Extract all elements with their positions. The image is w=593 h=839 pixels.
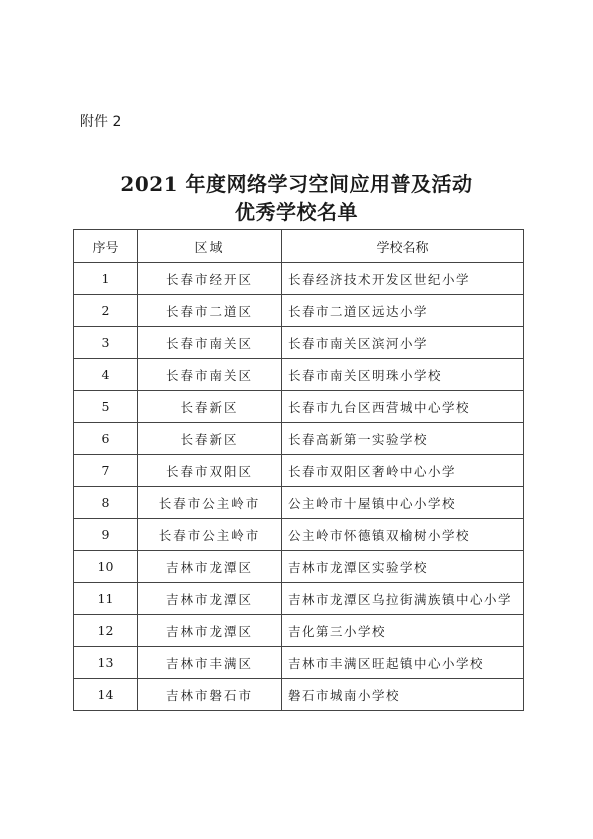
row-index: 6 xyxy=(74,423,138,455)
table-row: 13吉林市丰满区吉林市丰满区旺起镇中心小学校 xyxy=(74,647,524,679)
row-school-name: 公主岭市十屋镇中心小学校 xyxy=(282,487,524,519)
attachment-label: 附件 2 xyxy=(80,111,121,131)
row-index: 14 xyxy=(74,679,138,711)
row-school-name: 磐石市城南小学校 xyxy=(282,679,524,711)
table-row: 6长春新区长春高新第一实验学校 xyxy=(74,423,524,455)
row-school-name: 长春高新第一实验学校 xyxy=(282,423,524,455)
row-region: 长春市二道区 xyxy=(138,295,282,327)
table-header-row: 序号 区域 学校名称 xyxy=(74,230,524,263)
row-school-name: 吉林市丰满区旺起镇中心小学校 xyxy=(282,647,524,679)
table-row: 7长春市双阳区长春市双阳区奢岭中心小学 xyxy=(74,455,524,487)
row-region: 吉林市龙潭区 xyxy=(138,615,282,647)
table-row: 9长春市公主岭市公主岭市怀德镇双榆树小学校 xyxy=(74,519,524,551)
header-index: 序号 xyxy=(74,230,138,263)
row-region: 长春市公主岭市 xyxy=(138,519,282,551)
row-region: 吉林市龙潭区 xyxy=(138,551,282,583)
row-index: 12 xyxy=(74,615,138,647)
row-index: 13 xyxy=(74,647,138,679)
row-school-name: 长春市九台区西营城中心学校 xyxy=(282,391,524,423)
row-index: 5 xyxy=(74,391,138,423)
row-region: 长春新区 xyxy=(138,423,282,455)
row-index: 11 xyxy=(74,583,138,615)
document-title: 2021 年度网络学习空间应用普及活动 xyxy=(0,168,593,197)
row-school-name: 长春市南关区明珠小学校 xyxy=(282,359,524,391)
row-region: 长春市公主岭市 xyxy=(138,487,282,519)
table-row: 10吉林市龙潭区吉林市龙潭区实验学校 xyxy=(74,551,524,583)
school-list-table: 序号 区域 学校名称 1长春市经开区长春经济技术开发区世纪小学2长春市二道区长春… xyxy=(73,229,524,711)
row-school-name: 长春市双阳区奢岭中心小学 xyxy=(282,455,524,487)
table-row: 1长春市经开区长春经济技术开发区世纪小学 xyxy=(74,263,524,295)
row-school-name: 长春经济技术开发区世纪小学 xyxy=(282,263,524,295)
row-region: 长春市南关区 xyxy=(138,359,282,391)
row-region: 吉林市磐石市 xyxy=(138,679,282,711)
row-school-name: 吉林市龙潭区乌拉街满族镇中心小学 xyxy=(282,583,524,615)
row-region: 吉林市丰满区 xyxy=(138,647,282,679)
table-row: 12吉林市龙潭区吉化第三小学校 xyxy=(74,615,524,647)
table-row: 3长春市南关区长春市南关区滨河小学 xyxy=(74,327,524,359)
row-school-name: 吉林市龙潭区实验学校 xyxy=(282,551,524,583)
row-index: 4 xyxy=(74,359,138,391)
header-region: 区域 xyxy=(138,230,282,263)
table-row: 8长春市公主岭市公主岭市十屋镇中心小学校 xyxy=(74,487,524,519)
header-school-name: 学校名称 xyxy=(282,230,524,263)
row-region: 吉林市龙潭区 xyxy=(138,583,282,615)
row-school-name: 吉化第三小学校 xyxy=(282,615,524,647)
row-region: 长春市经开区 xyxy=(138,263,282,295)
row-index: 2 xyxy=(74,295,138,327)
row-school-name: 长春市南关区滨河小学 xyxy=(282,327,524,359)
row-region: 长春新区 xyxy=(138,391,282,423)
row-index: 3 xyxy=(74,327,138,359)
document-subtitle: 优秀学校名单 xyxy=(0,196,593,225)
row-index: 10 xyxy=(74,551,138,583)
table-row: 14吉林市磐石市磐石市城南小学校 xyxy=(74,679,524,711)
row-index: 8 xyxy=(74,487,138,519)
row-index: 9 xyxy=(74,519,138,551)
row-index: 1 xyxy=(74,263,138,295)
table-row: 2长春市二道区长春市二道区远达小学 xyxy=(74,295,524,327)
table-row: 5长春新区长春市九台区西营城中心学校 xyxy=(74,391,524,423)
row-school-name: 公主岭市怀德镇双榆树小学校 xyxy=(282,519,524,551)
row-school-name: 长春市二道区远达小学 xyxy=(282,295,524,327)
row-index: 7 xyxy=(74,455,138,487)
row-region: 长春市双阳区 xyxy=(138,455,282,487)
row-region: 长春市南关区 xyxy=(138,327,282,359)
table-row: 4长春市南关区长春市南关区明珠小学校 xyxy=(74,359,524,391)
table-row: 11吉林市龙潭区吉林市龙潭区乌拉街满族镇中心小学 xyxy=(74,583,524,615)
